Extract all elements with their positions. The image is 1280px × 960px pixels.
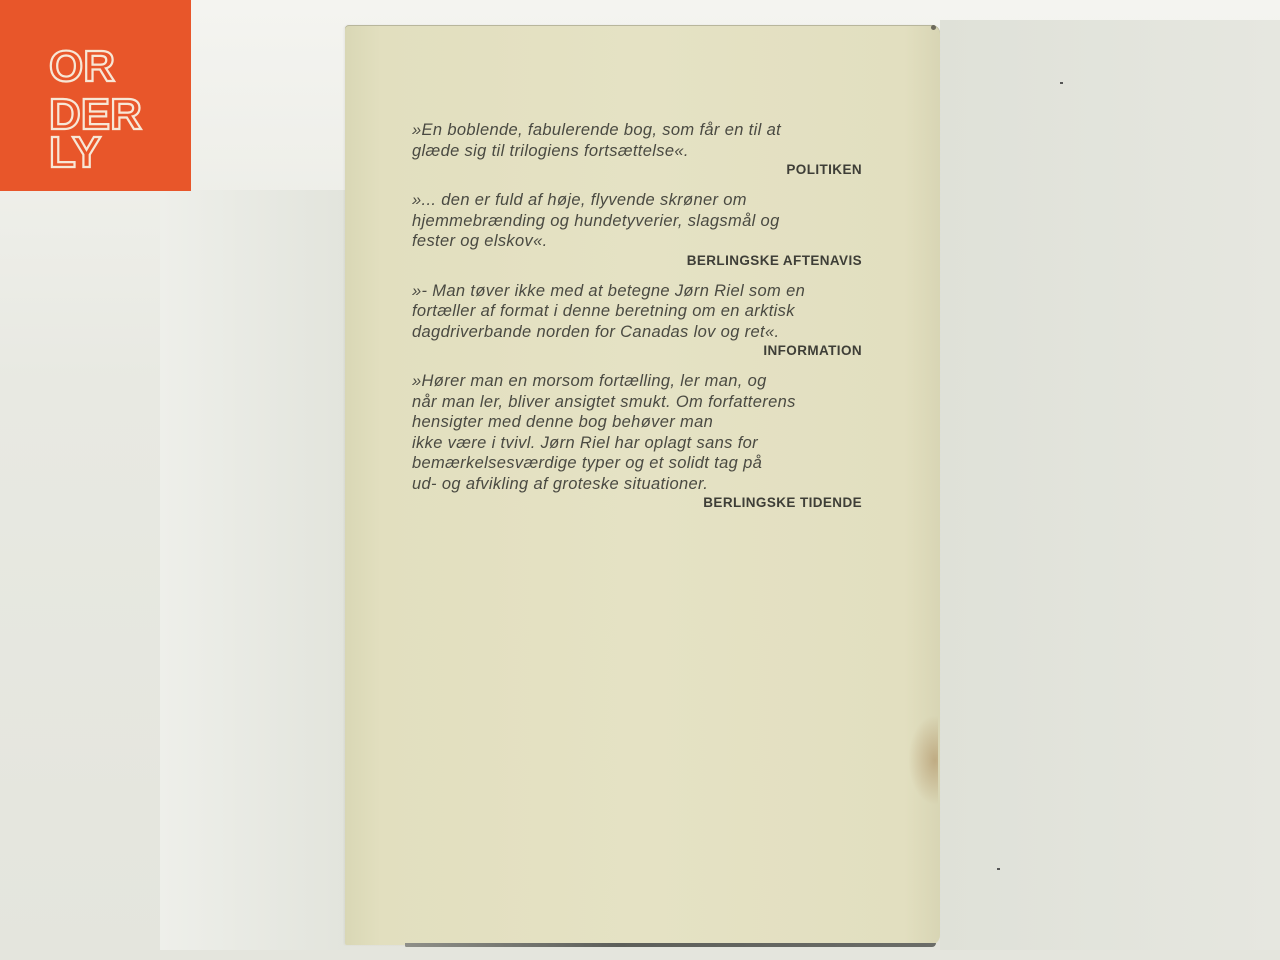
logo-line-3: LY (49, 128, 101, 171)
review-quotes: »En boblende, fabulerende bog, som får e… (412, 120, 862, 523)
cover-stain (908, 715, 938, 805)
review-quote: »... den er fuld af høje, flyvende skrøn… (412, 190, 862, 268)
quote-source: POLITIKEN (412, 162, 862, 177)
review-quote: »En boblende, fabulerende bog, som får e… (412, 120, 862, 177)
logo-line-1: OR (49, 42, 115, 91)
quote-text: »En boblende, fabulerende bog, som får e… (412, 120, 862, 161)
background-shadow-right (940, 20, 1280, 950)
book-back-cover: »En boblende, fabulerende bog, som får e… (345, 25, 940, 945)
background-shadow-left (160, 190, 350, 950)
dust-speck (997, 868, 1000, 870)
orderly-logo: OR DER LY (0, 0, 191, 191)
quote-source: INFORMATION (412, 343, 862, 358)
quote-text: »Hører man en morsom fortælling, ler man… (412, 371, 862, 494)
review-quote: »- Man tøver ikke med at betegne Jørn Ri… (412, 281, 862, 359)
quote-source: BERLINGSKE AFTENAVIS (412, 253, 862, 268)
cover-wear-mark (931, 25, 936, 30)
review-quote: »Hører man en morsom fortælling, ler man… (412, 371, 862, 510)
quote-text: »- Man tøver ikke med at betegne Jørn Ri… (412, 281, 862, 343)
quote-text: »... den er fuld af høje, flyvende skrøn… (412, 190, 862, 252)
orderly-logo-icon: OR DER LY (21, 21, 171, 171)
dust-speck (1060, 82, 1063, 84)
quote-source: BERLINGSKE TIDENDE (412, 495, 862, 510)
book-bottom-edge (405, 943, 936, 947)
